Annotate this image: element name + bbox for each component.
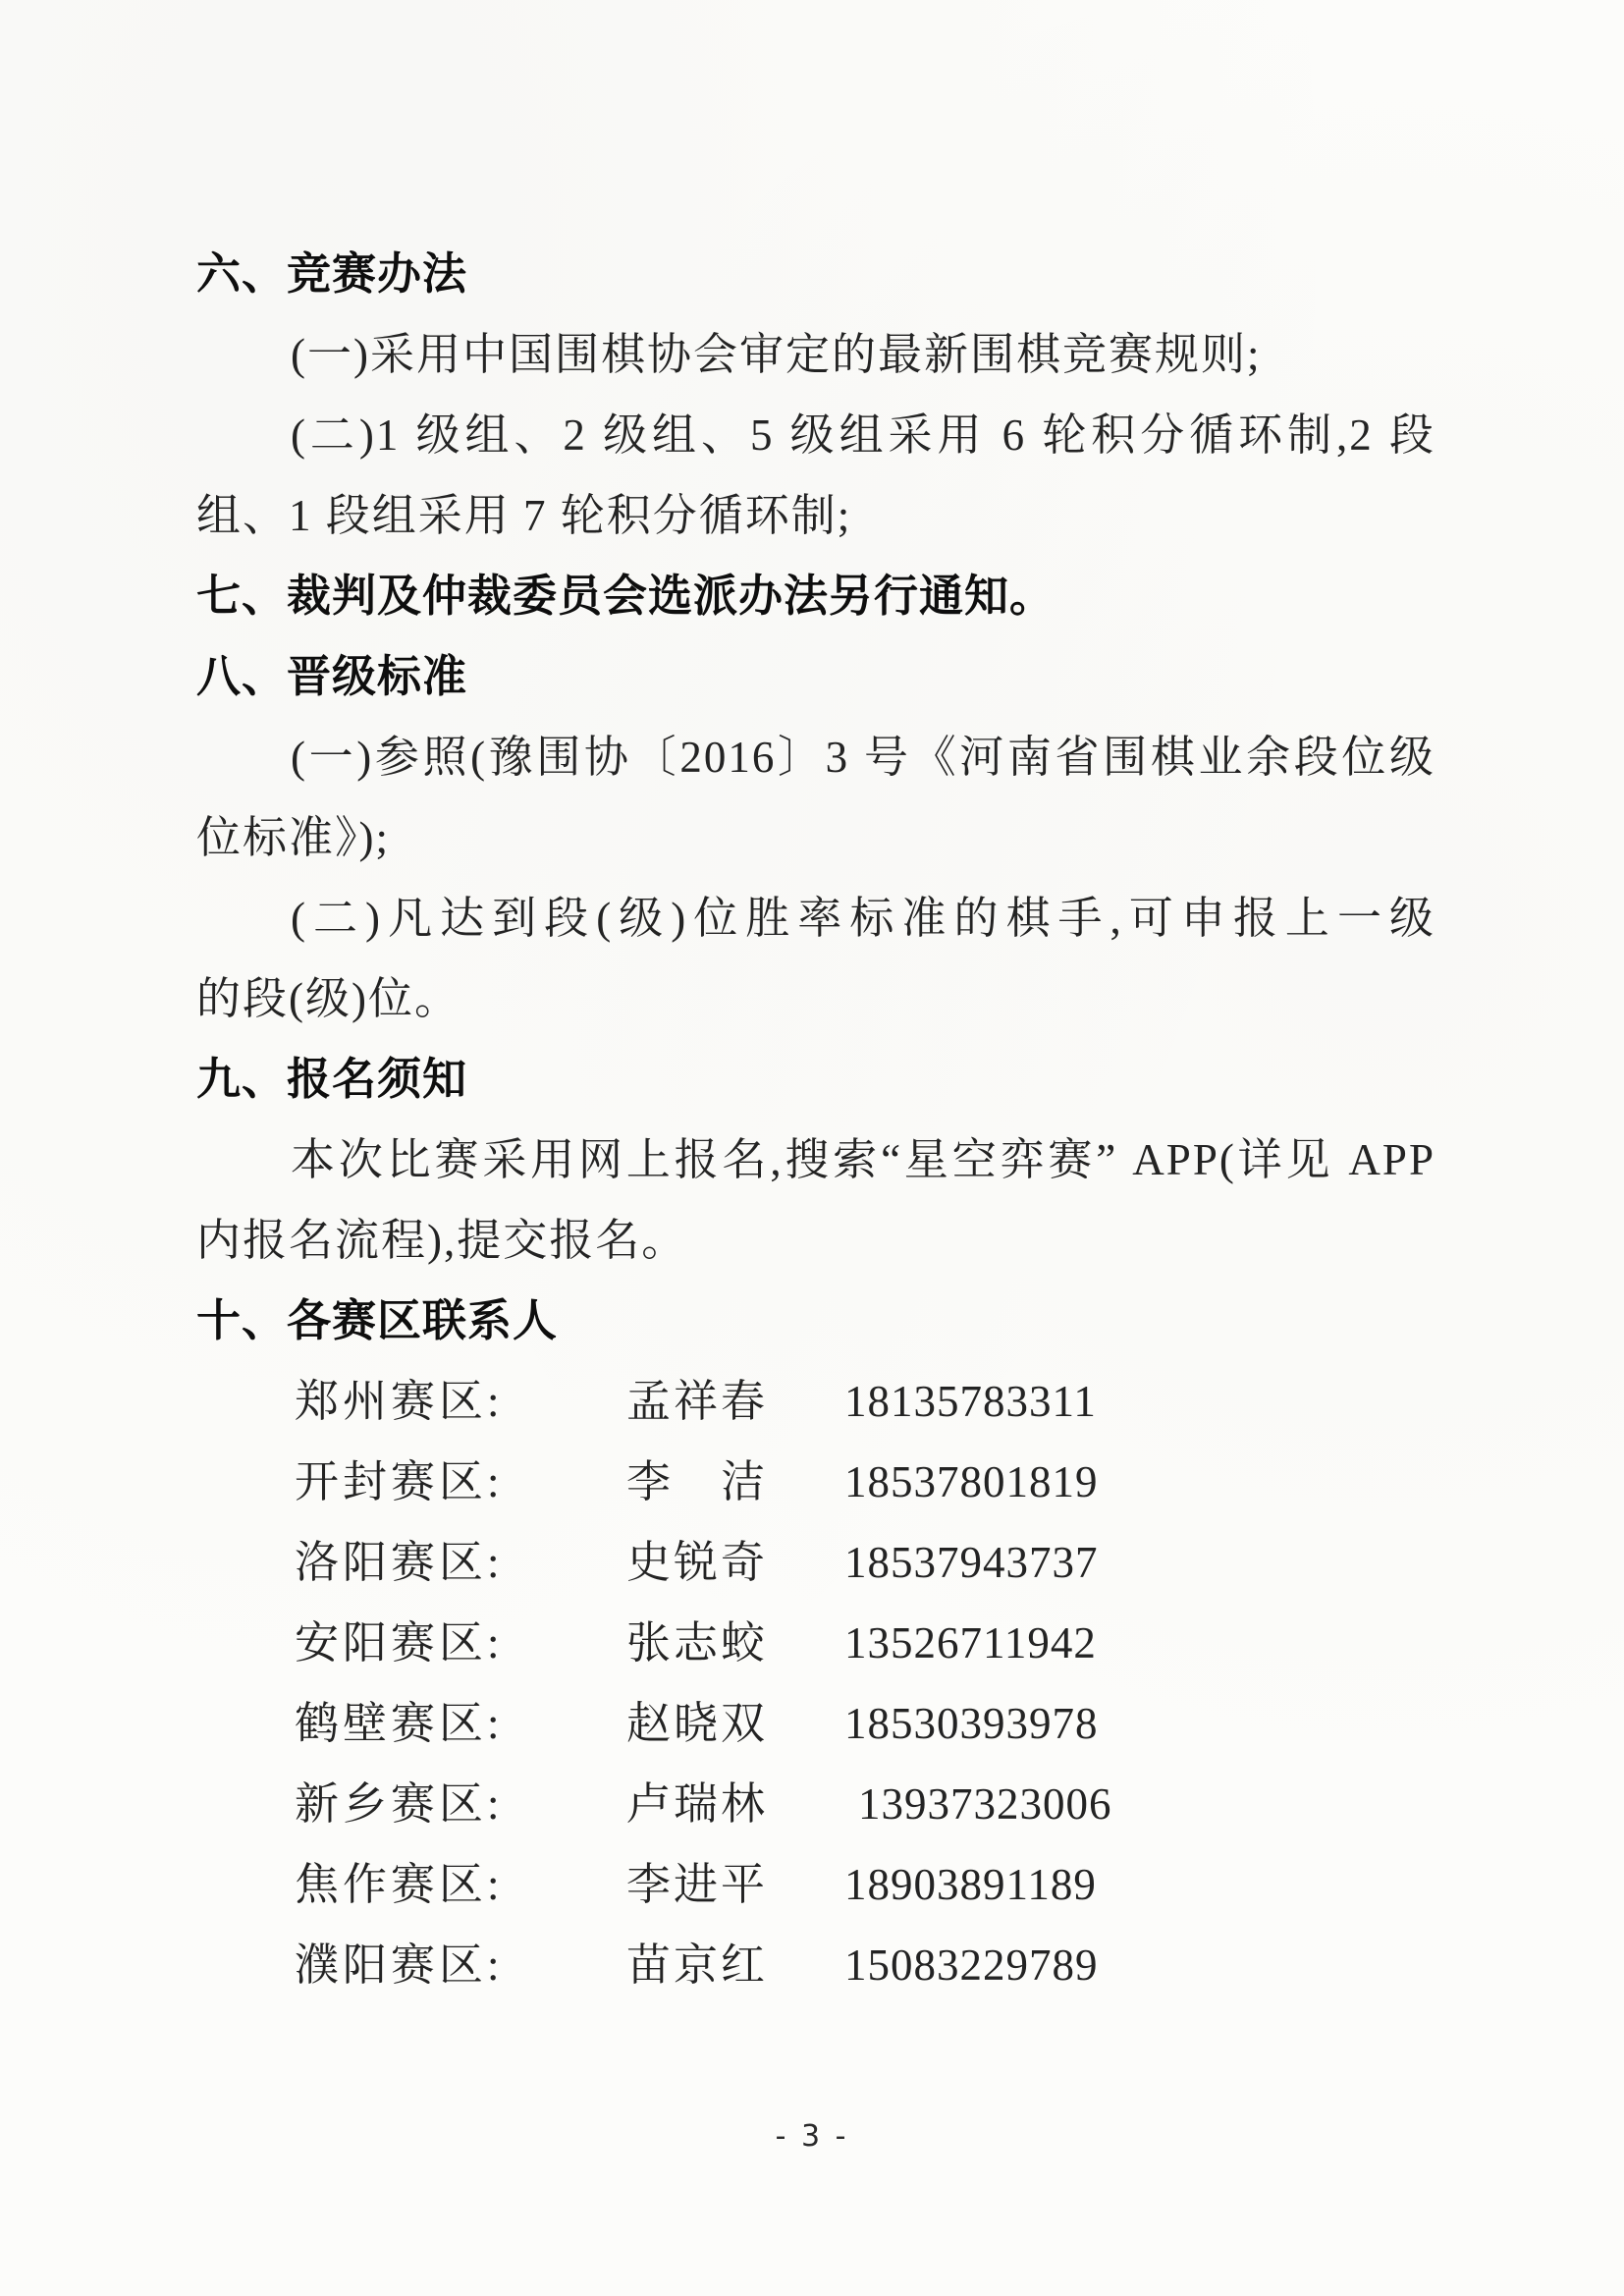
- contact-row-puyang: 濮阳赛区: 苗京红 15083229789: [196, 1925, 1435, 2005]
- para-rule-adoption: (一)采用中国围棋协会审定的最新围棋竞赛规则;: [196, 314, 1435, 395]
- contact-name: 孟祥春: [626, 1361, 844, 1442]
- contact-phone: 18537801819: [844, 1442, 1435, 1522]
- contact-phone: 13526711942: [844, 1603, 1435, 1683]
- scanned-document-page: 六、竞赛办法 (一)采用中国围棋协会审定的最新围棋竞赛规则; (二)1 级组、2…: [0, 0, 1624, 2296]
- contact-row-xinxiang: 新乡赛区: 卢瑞林 13937323006: [196, 1764, 1435, 1844]
- contact-region: 开封赛区:: [295, 1442, 626, 1522]
- para-promotion-reference-line1: (一)参照(豫围协〔2016〕3 号《河南省围棋业余段位级: [196, 717, 1435, 797]
- heading-ten-region-contacts: 十、各赛区联系人: [196, 1281, 1435, 1361]
- heading-nine-registration-notice: 九、报名须知: [196, 1039, 1435, 1120]
- contact-phone: 18135783311: [844, 1361, 1435, 1442]
- contact-row-anyang: 安阳赛区: 张志蛟 13526711942: [196, 1603, 1435, 1683]
- contact-row-luoyang: 洛阳赛区: 史锐奇 18537943737: [196, 1522, 1435, 1603]
- contact-region: 洛阳赛区:: [295, 1522, 626, 1603]
- contact-region: 鹤壁赛区:: [295, 1683, 626, 1764]
- contact-name: 张志蛟: [626, 1603, 844, 1683]
- contact-name: 李进平: [626, 1844, 844, 1925]
- para-registration-line1: 本次比赛采用网上报名,搜索“星空弈赛” APP(详见 APP: [196, 1120, 1435, 1200]
- contact-name: 苗京红: [626, 1925, 844, 2005]
- page-number: - 3 -: [0, 2119, 1624, 2154]
- para-registration-line2: 内报名流程),提交报名。: [196, 1200, 1435, 1281]
- contact-region: 郑州赛区:: [295, 1361, 626, 1442]
- contact-row-jiaozuo: 焦作赛区: 李进平 18903891189: [196, 1844, 1435, 1925]
- heading-seven-referee-notice: 七、裁判及仲裁委员会选派办法另行通知。: [196, 556, 1435, 636]
- contact-name: 李 洁: [626, 1442, 844, 1522]
- contact-region: 新乡赛区:: [295, 1764, 626, 1844]
- contact-name: 赵晓双: [626, 1683, 844, 1764]
- contact-phone: 18903891189: [844, 1844, 1435, 1925]
- contact-phone: 13937323006: [844, 1764, 1435, 1844]
- contact-region: 安阳赛区:: [295, 1603, 626, 1683]
- para-promotion-reference-line2: 位标准》);: [196, 797, 1435, 878]
- contact-phone: 18530393978: [844, 1683, 1435, 1764]
- para-group-rounds-line1: (二)1 级组、2 级组、5 级组采用 6 轮积分循环制,2 段: [196, 395, 1435, 475]
- document-body: 六、竞赛办法 (一)采用中国围棋协会审定的最新围棋竞赛规则; (二)1 级组、2…: [196, 234, 1435, 2005]
- heading-six-competition-method: 六、竞赛办法: [196, 234, 1435, 314]
- heading-eight-promotion-standard: 八、晋级标准: [196, 636, 1435, 717]
- contact-row-kaifeng: 开封赛区: 李 洁 18537801819: [196, 1442, 1435, 1522]
- para-group-rounds-line2: 组、1 段组采用 7 轮积分循环制;: [196, 475, 1435, 556]
- contact-name: 史锐奇: [626, 1522, 844, 1603]
- contact-region: 濮阳赛区:: [295, 1925, 626, 2005]
- contact-phone: 15083229789: [844, 1925, 1435, 2005]
- para-promotion-apply-line2: 的段(级)位。: [196, 958, 1435, 1039]
- para-promotion-apply-line1: (二)凡达到段(级)位胜率标准的棋手,可申报上一级: [196, 878, 1435, 958]
- contact-phone: 18537943737: [844, 1522, 1435, 1603]
- contact-row-hebi: 鹤壁赛区: 赵晓双 18530393978: [196, 1683, 1435, 1764]
- contact-name: 卢瑞林: [626, 1764, 844, 1844]
- contact-region: 焦作赛区:: [295, 1844, 626, 1925]
- contact-row-zhengzhou: 郑州赛区: 孟祥春 18135783311: [196, 1361, 1435, 1442]
